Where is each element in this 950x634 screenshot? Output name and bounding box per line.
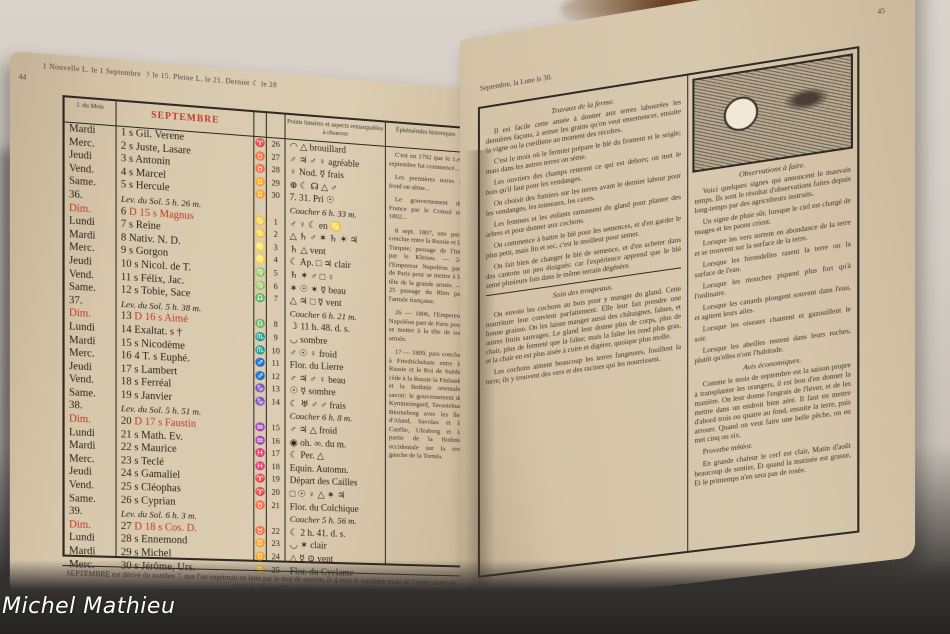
zodiac-sign-icon: ♋: [254, 214, 265, 228]
weekday-cell: 39.: [65, 505, 116, 520]
saint-name: s Janvier: [134, 390, 172, 403]
moon-age-cell: 12: [267, 370, 285, 384]
saint-name: s Teclé: [134, 455, 164, 468]
zodiac-sign-icon: ♐: [254, 357, 265, 370]
page-number-left: 44: [19, 73, 27, 82]
saint-name: s Félix, Jac.: [134, 272, 184, 286]
history-entry: Le gouvernement de France par le Consul …: [389, 196, 462, 227]
zodiac-sign-icon: ♉: [254, 150, 265, 164]
page-number-right: 45: [878, 7, 885, 17]
zodiac-sign-icon: ♎: [254, 292, 265, 306]
day-number: 26: [121, 494, 132, 506]
zodiac-sign-icon: ♊: [254, 176, 265, 190]
saint-name: s Michel: [134, 547, 171, 559]
photographer-watermark: Michel Mathieu: [2, 594, 175, 619]
saint-name: s Cléophas: [134, 482, 181, 495]
day-number: 18: [121, 376, 132, 388]
moon-age-cell: 6: [267, 280, 285, 294]
day-number: 22: [121, 442, 132, 454]
calendar-table: J. du Mois MardiMerc.JeudiVend.Same.36.D…: [62, 95, 463, 567]
history-entry: 8 sept. 1807, une paix conclue entre la …: [389, 226, 462, 308]
observations-text-column: Observations à faire. Voici quelques sig…: [688, 48, 857, 550]
saint-name: s Gorgon: [129, 245, 168, 259]
zodiac-sign-icon: ♍: [254, 279, 265, 293]
days-column: J. du Mois MardiMerc.JeudiVend.Same.36.D…: [65, 97, 117, 556]
saints-column: SEPTEMBRE 1 s Gil. Verene2 s Juste, Lasa…: [117, 101, 255, 559]
zodiac-sign-icon: ♌: [254, 253, 265, 267]
moon-age-cell: 30: [267, 189, 285, 203]
left-page: 44 1 Nouvelle L. le 1 Septembre ☽ le 15.…: [10, 51, 480, 610]
right-running-header: Septembre, la Lune le 30.: [480, 73, 552, 93]
moon-age-cell: 13: [267, 383, 285, 397]
weekday-cell: Mardi: [65, 545, 116, 560]
moon-age-cell: [267, 512, 285, 525]
moon-age-cell: 18: [267, 461, 285, 475]
zodiac-sign-icon: ♎: [254, 318, 265, 332]
saint-name: s Nicol. de T.: [134, 259, 191, 274]
zodiac-sign-icon: ♏: [254, 331, 265, 345]
moon-age-column: 2627282930123456789101112131415161718192…: [267, 113, 286, 560]
moon-age-cell: 10: [267, 344, 285, 358]
zodiac-sign-icon: ♑: [254, 395, 265, 408]
moon-age-cell: 9: [267, 331, 285, 345]
moon-age-cell: [267, 306, 285, 320]
day-number: 4: [121, 166, 126, 178]
day-number: 9: [121, 245, 126, 257]
moon-age-cell: 15: [267, 422, 285, 436]
day-number: 14: [121, 324, 132, 336]
day-number: 6: [121, 205, 126, 217]
day-number: 10: [121, 258, 132, 270]
moon-age-cell: 29: [267, 177, 285, 191]
zodiac-sign-icon: [254, 408, 265, 421]
day-number: 12: [121, 284, 132, 296]
right-page-frame: Travaux de la ferme. Il est facile cette…: [478, 46, 859, 578]
saint-name: D 17 s Faustin: [134, 416, 196, 430]
woodcut-illustration: [692, 53, 853, 173]
day-number: 27: [121, 520, 132, 532]
moon-age-cell: 8: [267, 319, 285, 333]
zodiac-sign-icon: ♑: [254, 382, 265, 395]
zodiac-sign-icon: ♏: [254, 344, 265, 358]
zodiac-sign-icon: ♊: [254, 538, 265, 551]
saint-name: s Ferréal: [134, 377, 171, 390]
zodiac-sign-icon: ♈: [254, 486, 265, 499]
saint-name: s Reine: [129, 219, 161, 232]
day-number: 3: [121, 153, 126, 165]
almanac-book: 44 1 Nouvelle L. le 1 Septembre ☽ le 15.…: [10, 20, 900, 620]
saint-name: s Nicodème: [134, 337, 185, 351]
saint-name: s Antonin: [129, 154, 170, 168]
moon-age-cell: 21: [267, 499, 285, 512]
zodiac-sign-icon: ♓: [254, 460, 265, 473]
day-number: 1: [121, 127, 126, 139]
days-header: J. du Mois: [65, 97, 116, 126]
saint-name: 4 T. s Euphé.: [134, 351, 190, 365]
moon-age-cell: 5: [267, 267, 285, 281]
day-number: 25: [121, 481, 132, 493]
day-number: 21: [121, 429, 132, 441]
zodiac-sign-icon: ♈: [254, 137, 265, 151]
zodiac-sign-icon: ♊: [254, 189, 265, 203]
day-number: 7: [121, 219, 126, 231]
day-number: 17: [121, 363, 132, 375]
history-entry: C'est en 1792 que le 1.er septembre fut …: [389, 151, 462, 174]
moon-age-cell: 7: [267, 293, 285, 307]
zodiac-sign-icon: ♉: [254, 163, 265, 177]
zodiac-sign-icon: ♍: [254, 266, 265, 280]
zodiac-column: ♈♉♉♊♊♋♋♌♌♍♍♎♎♏♏♐♐♑♑♒♒♓♓♈♈♉♉♊♊♋: [254, 112, 267, 560]
zodiac-sign-icon: ♓: [254, 447, 265, 460]
history-column: Éphémérides historiques C'est en 1792 qu…: [386, 123, 465, 566]
zodiac-sign-icon: ♌: [254, 240, 265, 254]
day-number: 23: [121, 455, 132, 467]
moon-age-cell: 4: [267, 254, 285, 268]
day-number: 28: [121, 534, 132, 546]
zodiac-sign-icon: ♉: [254, 525, 265, 538]
day-number: 5: [121, 179, 126, 191]
moon-age-cell: 19: [267, 473, 285, 487]
moon-age-cell: 26: [267, 138, 285, 152]
saint-name: s Tobie, Sace: [134, 285, 190, 300]
moon-age-cell: 22: [267, 525, 285, 538]
saint-name: s Maurice: [134, 442, 176, 455]
history-entry: 26 — 1806, l'Empereur Napoléon part de P…: [389, 309, 462, 347]
saint-name: s Hercule: [129, 180, 170, 194]
zodiac-sign-icon: ♋: [254, 227, 265, 241]
day-number: 24: [121, 468, 132, 480]
history-entry: 17 — 1809, paix conclue à Friedrichsham …: [389, 348, 462, 463]
saint-name: D 18 s Cos. D.: [134, 521, 197, 534]
day-number: 29: [121, 547, 132, 559]
day-number: 15: [121, 337, 132, 349]
photo-scene: 44 1 Nouvelle L. le 1 Septembre ☽ le 15.…: [0, 0, 950, 634]
zodiac-sign-icon: [254, 305, 265, 319]
history-entry: Les premières terres à froid on sème...: [389, 173, 462, 195]
day-number: 19: [121, 389, 132, 401]
moon-age-cell: [267, 409, 285, 423]
saint-name: s Lambert: [134, 364, 177, 378]
day-number: 13: [121, 310, 132, 322]
zodiac-sign-icon: ♐: [254, 370, 265, 383]
weekday-cell: Vend.: [65, 479, 116, 494]
day-number: 8: [121, 232, 126, 244]
saint-name: s Ennemond: [134, 534, 187, 547]
saint-name: Nativ. N. D.: [129, 232, 181, 247]
zodiac-sign-icon: ♒: [254, 421, 265, 434]
moon-age-cell: 11: [267, 357, 285, 371]
moon-age-cell: 17: [267, 448, 285, 462]
moon-age-cell: 1: [267, 215, 285, 229]
saint-name: D 16 s Aimé: [134, 311, 188, 325]
moon-age-cell: 23: [267, 538, 285, 551]
saint-name: s Marcel: [129, 167, 166, 181]
moon-age-cell: [267, 202, 285, 216]
moon-age-cell: 28: [267, 164, 285, 178]
zodiac-sign-icon: [254, 202, 265, 216]
zodiac-sign-icon: ♉: [254, 499, 265, 512]
day-number: 20: [121, 415, 132, 427]
zodiac-sign-icon: ♈: [254, 473, 265, 486]
moon-age-cell: 3: [267, 241, 285, 255]
moon-age-cell: 14: [267, 396, 285, 410]
day-number: 16: [121, 350, 132, 362]
moon-age-cell: 2: [267, 228, 285, 242]
book-gutter: [465, 149, 495, 621]
observations-column: Points lunaires et aspects remarquables …: [286, 115, 386, 564]
right-page: 45 Septembre, la Lune le 30. Travaux de …: [460, 0, 915, 610]
moon-age-cell: 20: [267, 486, 285, 500]
saint-name: s Math. Ev.: [134, 429, 182, 442]
moon-age-cell: 27: [267, 151, 285, 165]
zodiac-sign-icon: [254, 512, 265, 525]
saint-name: Lev. du Sol. 6 h. 3 m.: [121, 508, 197, 521]
zodiac-sign-icon: ♒: [254, 434, 265, 447]
saint-name: Exaltat. s †: [134, 324, 182, 338]
day-number: 11: [121, 271, 131, 283]
day-number: 2: [121, 140, 126, 152]
saint-name: s Cyprian: [134, 495, 175, 508]
moon-age-cell: 16: [267, 435, 285, 449]
farm-work-column: Travaux de la ferme. Il est facile cette…: [480, 75, 688, 575]
saint-name: s Gamaliel: [134, 468, 180, 481]
